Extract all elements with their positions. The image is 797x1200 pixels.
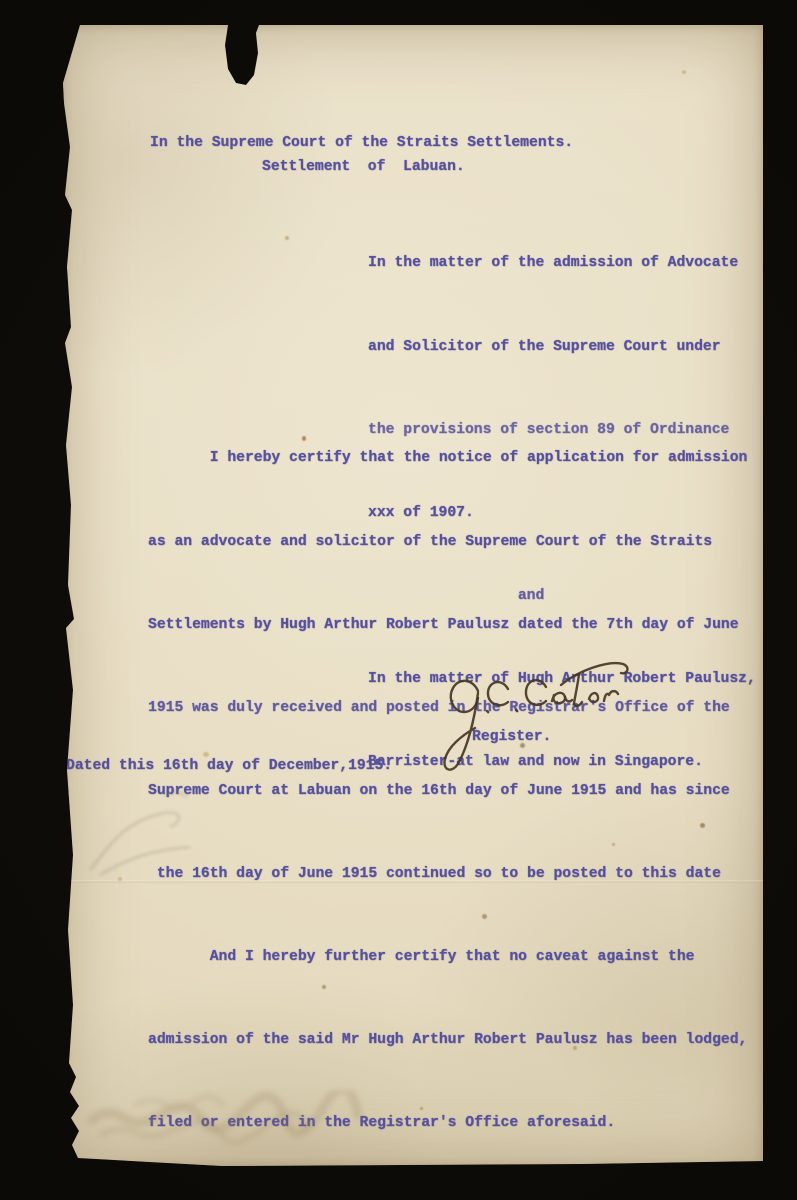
fox-spot — [673, 458, 676, 461]
body-line: the 16th day of June 1915 continued so t… — [148, 861, 747, 889]
fox-spot — [682, 70, 686, 74]
ink-speck — [302, 436, 306, 441]
body-line: admission of the said Mr Hugh Arthur Rob… — [148, 1027, 747, 1055]
faint-pencil-marks — [70, 775, 220, 885]
ink-speck — [520, 743, 525, 748]
body-line: And I hereby further certify that no cav… — [148, 944, 747, 972]
ghost-writing-bleedthrough — [77, 1090, 427, 1145]
matter-line: In the matter of the admission of Advoca… — [368, 250, 756, 278]
certification-body: I hereby certify that the notice of appl… — [148, 390, 747, 1193]
body-line: 1915 was duly received and posted in the… — [148, 695, 747, 723]
fox-spot — [482, 914, 487, 919]
document-page: In the Supreme Court of the Straits Sett… — [62, 25, 763, 1167]
fox-spot — [322, 985, 326, 989]
matter-line: and Solicitor of the Supreme Court under — [368, 334, 756, 362]
fox-spot — [573, 1046, 577, 1050]
photo-background: In the Supreme Court of the Straits Sett… — [0, 0, 797, 1200]
stain — [203, 752, 209, 757]
body-line: as an advocate and solicitor of the Supr… — [148, 529, 747, 557]
body-line: Settlements by Hugh Arthur Robert Paulus… — [148, 612, 747, 640]
fox-spot — [700, 823, 705, 828]
body-line: Supreme Court at Labuan on the 16th day … — [148, 778, 747, 806]
fox-spot — [285, 236, 289, 240]
settlement-line: Settlement of Labuan. — [262, 154, 465, 182]
body-line: I hereby certify that the notice of appl… — [148, 445, 747, 473]
register-title-label: Register. — [472, 724, 551, 752]
fox-spot — [612, 843, 615, 846]
